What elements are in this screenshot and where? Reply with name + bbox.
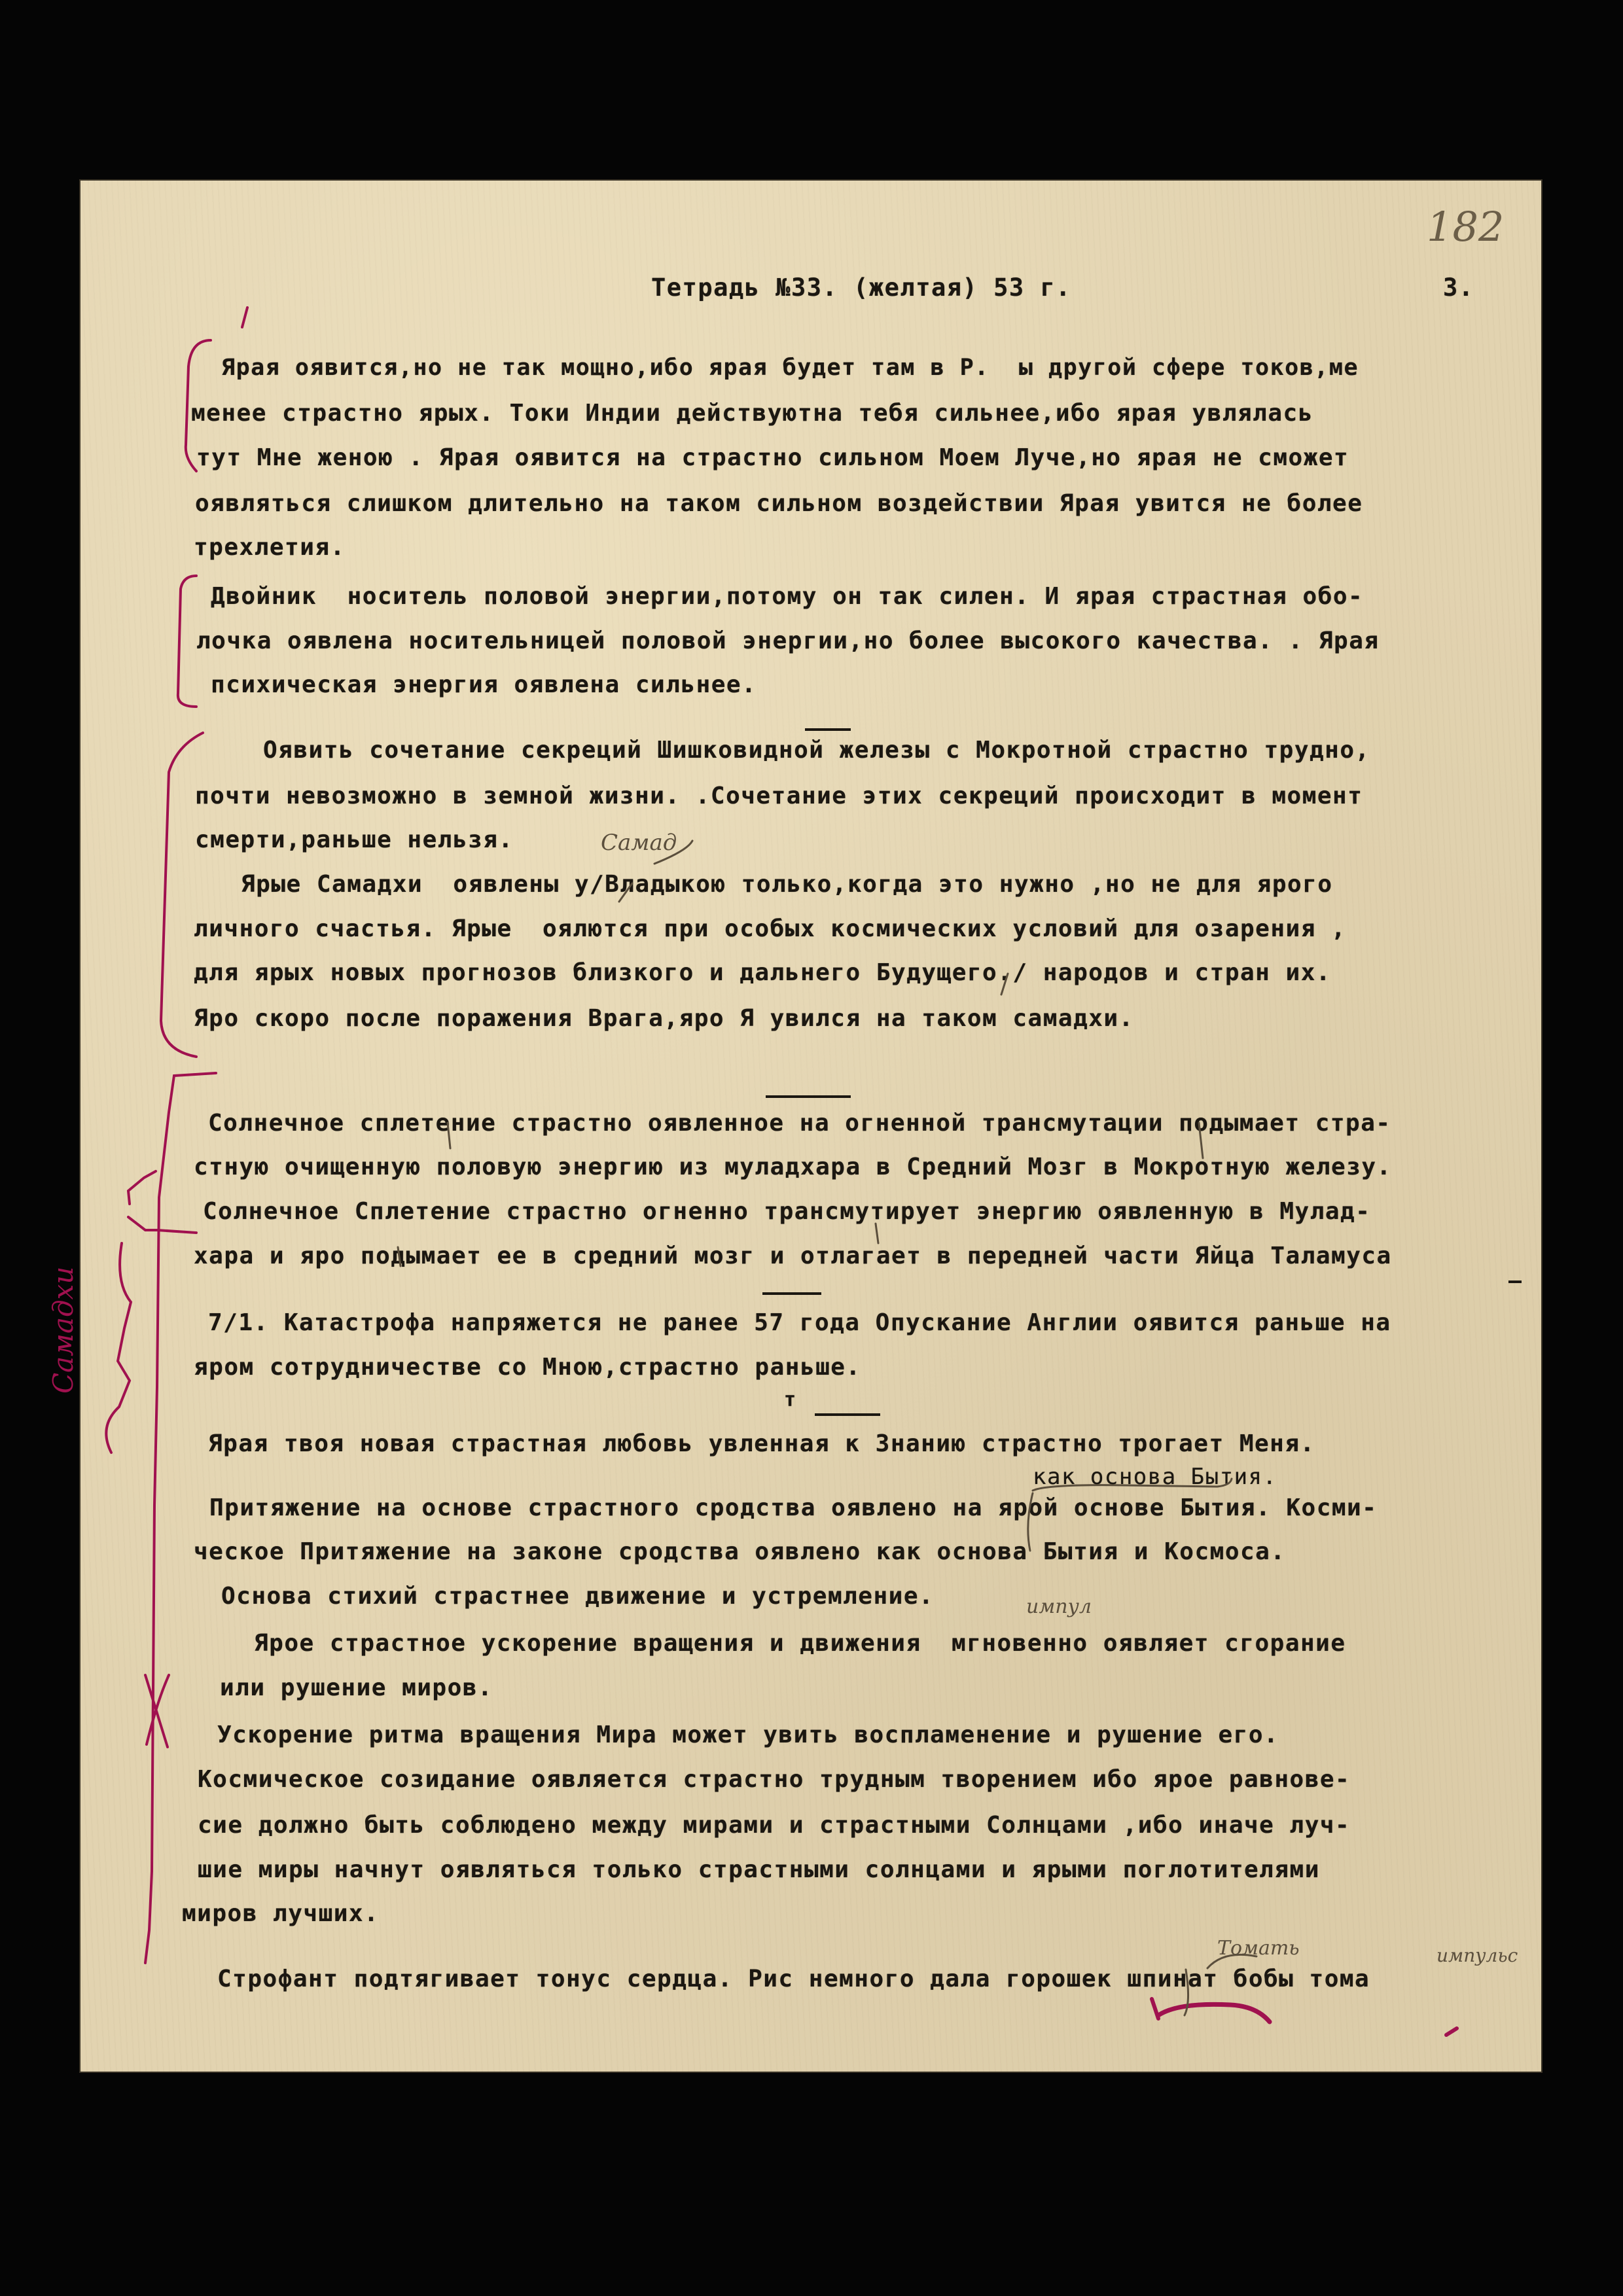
- section-separator: [766, 1095, 851, 1098]
- text-line: Оявить сочетание секреций Шишковидной же…: [263, 736, 1370, 765]
- text-line: психическая энергия оявлена сильнее.: [211, 671, 757, 699]
- text-line: Притяжение на основе страстного сродства…: [209, 1494, 1377, 1523]
- text-line: трехлетия.: [194, 533, 346, 562]
- text-line: миров лучших.: [182, 1899, 379, 1928]
- text-line: личного счастья. Ярые оялются при особых…: [194, 915, 1346, 944]
- text-line: Солнечное сплетение страстно оявленное н…: [208, 1109, 1391, 1138]
- text-line: шие миры начнут оявляться только страстн…: [198, 1856, 1320, 1884]
- text-line: или рушение миров.: [220, 1674, 493, 1703]
- text-line: Ярая твоя новая страстная любовь увленна…: [208, 1430, 1315, 1458]
- page-number: 3.: [1443, 274, 1474, 302]
- text-line: хара и яро подымает ее в средний мозг и …: [194, 1242, 1392, 1271]
- text-line: стную очищенную половую энергию из мулад…: [194, 1153, 1392, 1182]
- handwritten-note-bottom-right: импульс: [1436, 1945, 1518, 1966]
- text-line: для ярых новых прогнозов близкого и даль…: [194, 959, 1331, 987]
- text-line: сие должно быть соблюдено между мирами и…: [198, 1811, 1350, 1840]
- text-line: яром сотрудничестве со Мною,страстно ран…: [194, 1353, 861, 1382]
- text-line: лочка оявлена носительницей половой энер…: [196, 627, 1380, 656]
- text-line: тут Мне женою . Ярая оявится на страстно…: [196, 444, 1349, 472]
- text-line: 7/1. Катастрофа напряжется не ранее 57 г…: [208, 1309, 1391, 1337]
- handwritten-note-samadhi: Самад: [601, 830, 677, 856]
- text-line: Ярое страстное ускорение вращения и движ…: [254, 1629, 1346, 1658]
- text-line: Яро скоро после поражения Врага,яро Я ув…: [194, 1004, 1134, 1033]
- text-line: почти невозможно в земной жизни. .Сочета…: [195, 782, 1363, 811]
- text-line: Ускорение ритма вращения Мира может увит…: [217, 1721, 1279, 1750]
- typed-insertion: как основа Бытия.: [1033, 1462, 1277, 1491]
- text-line: Основа стихий страстнее движение и устре…: [221, 1582, 934, 1611]
- text-line: Солнечное Сплетение страстно огненно тра…: [203, 1197, 1370, 1226]
- line-end-dash: [1508, 1280, 1522, 1283]
- text-line: ческое Притяжение на законе сродства ояв…: [194, 1538, 1286, 1566]
- text-line: Ярые Самадхи оявлены у/Владыкою только,к…: [241, 870, 1333, 899]
- handwritten-margin-note: Самадхи: [47, 1267, 79, 1394]
- handwritten-note-impulse: импул: [1026, 1595, 1092, 1618]
- text-line: Космическое созидание оявляется страстно…: [198, 1765, 1350, 1794]
- text-line: Строфант подтягивает тонус сердца. Рис н…: [217, 1965, 1370, 1994]
- text-line: смерти,раньше нельзя.: [195, 826, 514, 855]
- section-mark: т: [784, 1386, 797, 1415]
- section-separator: [762, 1292, 821, 1295]
- separator-dash: [805, 728, 851, 731]
- archive-page-number: 182: [1427, 203, 1504, 251]
- text-line: Ярая оявится,но не так мощно,ибо ярая бу…: [221, 353, 1359, 382]
- handwritten-note-tomato: Томать: [1217, 1937, 1300, 1960]
- text-line: Двойник носитель половой энергии,потому …: [211, 582, 1363, 611]
- text-line: оявляться слишком длительно на таком сил…: [195, 489, 1363, 518]
- page-title: Тетрадь №33. (желтая) 53 г.: [651, 274, 1071, 302]
- section-separator: [815, 1413, 880, 1416]
- text-line: менее страстно ярых. Токи Индии действую…: [191, 399, 1313, 428]
